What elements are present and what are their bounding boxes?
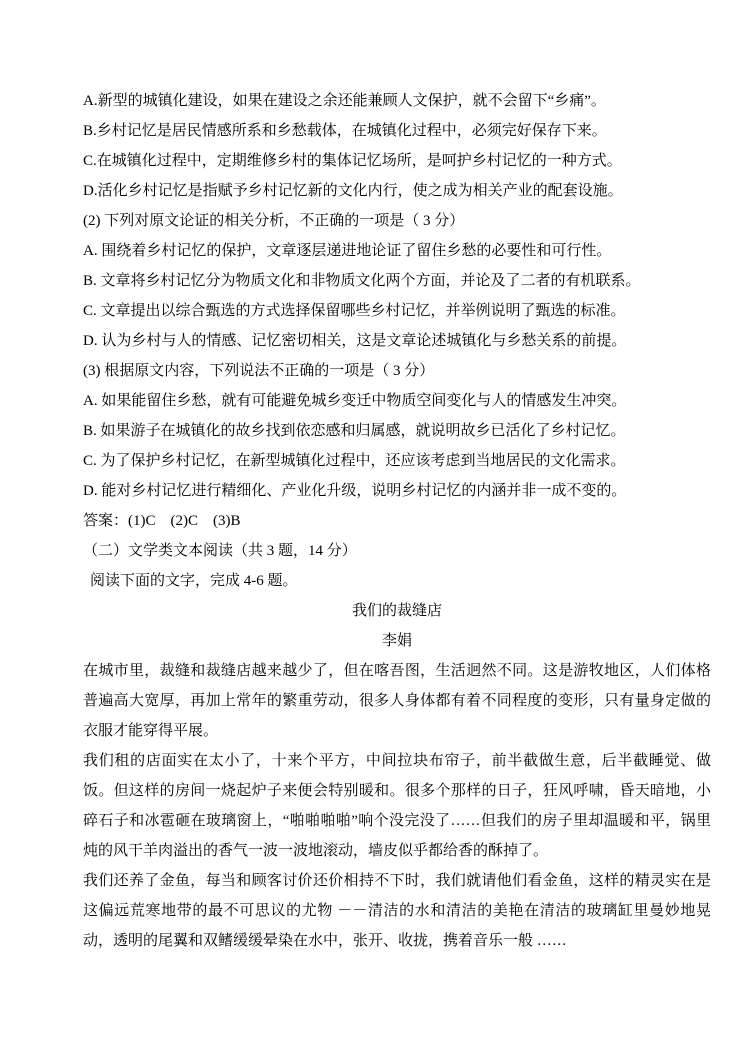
q1-option-d: D.活化乡村记忆是指赋予乡村记忆新的文化内行，使之成为相关产业的配套设施。 (83, 176, 711, 206)
q2-option-d: D. 认为乡村与人的情感、记忆密切相关，这是文章论述城镇化与乡愁关系的前提。 (83, 326, 711, 356)
section2-heading: （二）文学类文本阅读（共 3 题，14 分） (83, 536, 711, 566)
q3-option-b: B. 如果游子在城镇化的故乡找到依恋感和归属感，就说明故乡已活化了乡村记忆。 (83, 416, 711, 446)
q3-option-a: A. 如果能留住乡愁，就有可能避免城乡变迁中物质空间变化与人的情感发生冲突。 (83, 386, 711, 416)
q2-stem: (2) 下列对原文论证的相关分析，不正确的一项是（ 3 分） (83, 206, 711, 236)
q3-option-d: D. 能对乡村记忆进行精细化、产业化升级，说明乡村记忆的内涵并非一成不变的。 (83, 476, 711, 506)
q3-option-c: C. 为了保护乡村记忆，在新型城镇化过程中，还应该考虑到当地居民的文化需求。 (83, 446, 711, 476)
q3-stem: (3) 根据原文内容，下列说法不正确的一项是（ 3 分） (83, 356, 711, 386)
essay-paragraph-1: 在城市里，裁缝和裁缝店越来越少了，但在喀吾图，生活迥然不同。这是游牧地区，人们体… (83, 656, 711, 746)
essay-paragraph-3: 我们还养了金鱼，每当和顾客讨价还价相持不下时，我们就请他们看金鱼，这样的精灵实在… (83, 866, 711, 956)
q2-option-b: B. 文章将乡村记忆分为物质文化和非物质文化两个方面，并论及了二者的有机联系。 (83, 266, 711, 296)
essay-title: 我们的裁缝店 (83, 596, 711, 626)
essay-author: 李娟 (83, 626, 711, 656)
q1-option-c: C.在城镇化过程中，定期维修乡村的集体记忆场所，是呵护乡村记忆的一种方式。 (83, 146, 711, 176)
q1-option-a: A.新型的城镇化建设，如果在建设之余还能兼顾人文保护，就不会留下“乡痛”。 (83, 86, 711, 116)
reading-instruction: 阅读下面的文字，完成 4-6 题。 (83, 566, 711, 596)
document-page: A.新型的城镇化建设，如果在建设之余还能兼顾人文保护，就不会留下“乡痛”。 B.… (0, 0, 741, 1049)
q2-option-a: A. 围绕着乡村记忆的保护，文章逐层递进地论证了留住乡愁的必要性和可行性。 (83, 236, 711, 266)
answers-line: 答案：(1)C (2)C (3)B (83, 506, 711, 536)
q2-option-c: C. 文章提出以综合甄选的方式选择保留哪些乡村记忆，并举例说明了甄选的标准。 (83, 296, 711, 326)
q1-option-b: B.乡村记忆是居民情感所系和乡愁载体，在城镇化过程中，必须完好保存下来。 (83, 116, 711, 146)
essay-paragraph-2: 我们租的店面实在太小了，十来个平方，中间拉块布帘子，前半截做生意，后半截睡觉、做… (83, 746, 711, 866)
